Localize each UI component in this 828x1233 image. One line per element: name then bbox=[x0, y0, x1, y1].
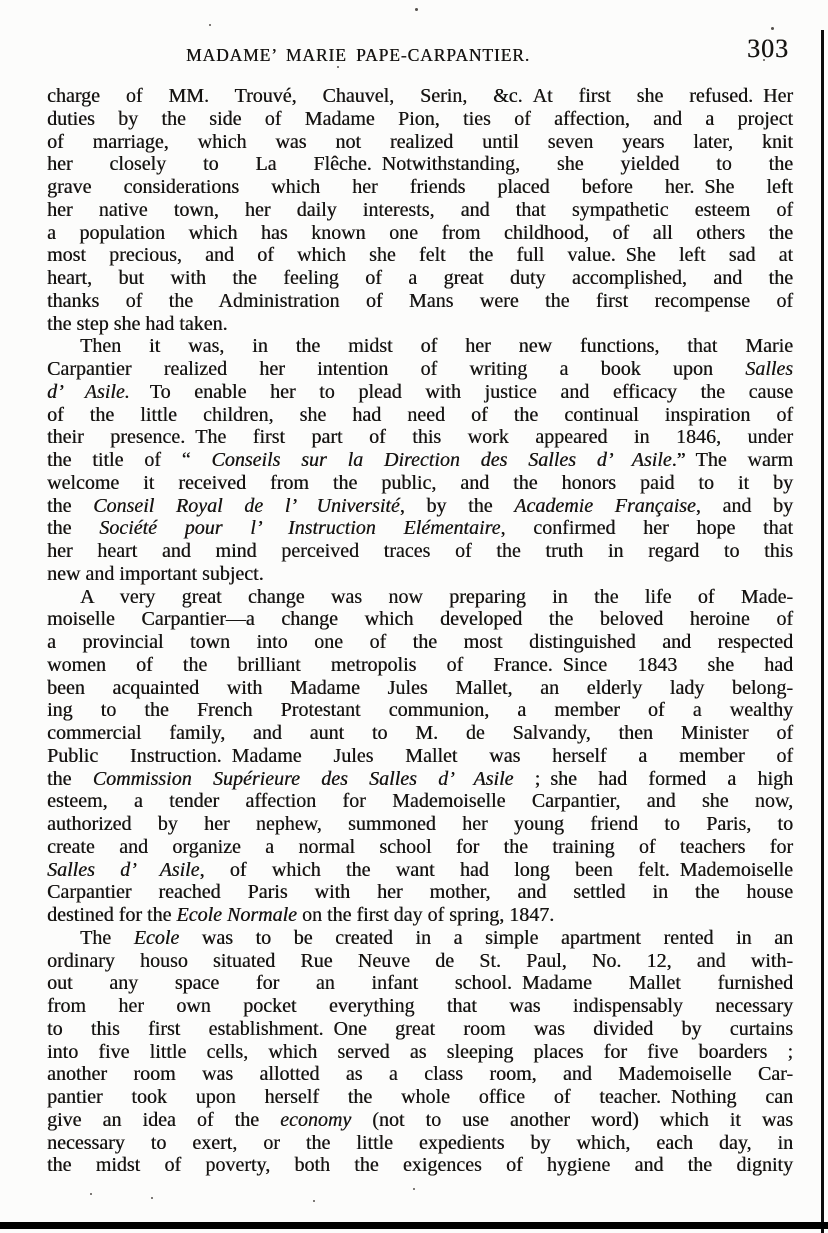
book-page: MADAME’ MARIE PAPE-CARPANTIER. 303 charg… bbox=[0, 0, 828, 1233]
scan-speck bbox=[151, 1197, 153, 1199]
text-line: the title of “ Conseils sur la Direction… bbox=[47, 449, 793, 472]
text-line: her heart and mind perceived traces of t… bbox=[47, 540, 793, 563]
text-line: esteem, a tender affection for Mademoise… bbox=[47, 790, 793, 813]
text-line: the midst of poverty, both the exigences… bbox=[47, 1154, 793, 1177]
text-line: into five little cells, which served as … bbox=[47, 1041, 793, 1064]
text-line: most precious, and of which she felt the… bbox=[47, 244, 793, 267]
text-line: heart, but with the feeling of a great d… bbox=[47, 267, 793, 290]
text-line: necessary to exert, or the little expedi… bbox=[47, 1132, 793, 1155]
page-text: charge of MM. Trouvé, Chauvel, Serin, &c… bbox=[47, 85, 793, 1177]
text-line: ing to the French Protestant communion, … bbox=[47, 699, 793, 722]
text-line: the Commission Supérieure des Salles d’ … bbox=[47, 768, 793, 791]
scan-speck bbox=[763, 59, 765, 61]
scan-speck bbox=[771, 27, 774, 30]
text-line: destined for the Ecole Normale on the fi… bbox=[47, 904, 793, 927]
text-line: of marriage, which was not realized unti… bbox=[47, 131, 793, 154]
text-line: commercial family, and aunt to M. de Sal… bbox=[47, 722, 793, 745]
text-line: another room was allotted as a class roo… bbox=[47, 1063, 793, 1086]
text-line: moiselle Carpantier—a change which devel… bbox=[47, 608, 793, 631]
text-line: Salles d’ Asile, of which the want had l… bbox=[47, 859, 793, 882]
text-line: d’ Asile. To enable her to plead with ju… bbox=[47, 381, 793, 404]
text-line: Then it was, in the midst of her new fun… bbox=[47, 335, 793, 358]
page-number: 303 bbox=[747, 34, 789, 64]
text-line: ordinary houso situated Rue Neuve de St.… bbox=[47, 950, 793, 973]
text-line: grave considerations which her friends p… bbox=[47, 176, 793, 199]
scan-speck bbox=[209, 24, 211, 26]
text-line: a population which has known one from ch… bbox=[47, 222, 793, 245]
italic-text: Commission Supérieure des Salles d’ Asil… bbox=[93, 768, 514, 790]
text-line: welcome it received from the public, and… bbox=[47, 472, 793, 495]
text-line: A very great change was now preparing in… bbox=[47, 586, 793, 609]
text-line: their presence. The first part of this w… bbox=[47, 426, 793, 449]
text-line: her native town, her daily interests, an… bbox=[47, 199, 793, 222]
text-line: authorized by her nephew, summoned her y… bbox=[47, 813, 793, 836]
scan-bottom-bar bbox=[0, 1222, 828, 1229]
scan-speck bbox=[337, 66, 339, 68]
text-line: been acquainted with Madame Jules Mallet… bbox=[47, 677, 793, 700]
italic-text: Conseils sur la Direction des Salles d’ … bbox=[211, 449, 671, 471]
italic-text: economy bbox=[280, 1109, 351, 1131]
text-line: Carpantier reached Paris with her mother… bbox=[47, 881, 793, 904]
italic-text: Salles bbox=[745, 358, 793, 380]
text-line: to this first establishment. One great r… bbox=[47, 1018, 793, 1041]
text-line: new and important subject. bbox=[47, 563, 793, 586]
page-edge-line bbox=[821, 30, 824, 1233]
text-line: charge of MM. Trouvé, Chauvel, Serin, &c… bbox=[47, 85, 793, 108]
text-line: from her own pocket everything that was … bbox=[47, 995, 793, 1018]
scan-speck bbox=[90, 1193, 92, 1195]
text-line: women of the brilliant metropolis of Fra… bbox=[47, 654, 793, 677]
text-line: create and organize a normal school for … bbox=[47, 836, 793, 859]
italic-text: Conseil Royal de l’ Université bbox=[93, 495, 400, 517]
italic-text: Société pour l’ Instruction Elémentaire bbox=[99, 517, 500, 539]
italic-text: Ecole bbox=[134, 927, 180, 949]
text-line: give an idea of the economy (not to use … bbox=[47, 1109, 793, 1132]
text-line: the Société pour l’ Instruction Elémenta… bbox=[47, 517, 793, 540]
italic-text: Salles d’ Asile bbox=[47, 859, 199, 881]
scan-speck bbox=[313, 1200, 315, 1202]
scan-speck bbox=[415, 8, 418, 11]
italic-text: Ecole Normale bbox=[176, 904, 297, 926]
italic-text: d’ Asile. bbox=[47, 381, 130, 403]
running-head-title: MADAME’ MARIE PAPE-CARPANTIER. bbox=[186, 45, 530, 66]
text-line: the step she had taken. bbox=[47, 313, 793, 336]
text-line: out any space for an infant school. Mada… bbox=[47, 972, 793, 995]
text-line: a provincial town into one of the most d… bbox=[47, 631, 793, 654]
scan-speck bbox=[413, 1188, 415, 1190]
text-line: pantier took upon herself the whole offi… bbox=[47, 1086, 793, 1109]
text-line: thanks of the Administration of Mans wer… bbox=[47, 290, 793, 313]
text-line: of the little children, she had need of … bbox=[47, 404, 793, 427]
text-line: Carpantier realized her intention of wri… bbox=[47, 358, 793, 381]
text-line: duties by the side of Madame Pion, ties … bbox=[47, 108, 793, 131]
text-line: The Ecole was to be created in a simple … bbox=[47, 927, 793, 950]
text-line: Public Instruction. Madame Jules Mallet … bbox=[47, 745, 793, 768]
text-line: her closely to La Flêche. Notwithstandin… bbox=[47, 153, 793, 176]
italic-text: Academie Française bbox=[514, 495, 696, 517]
text-line: the Conseil Royal de l’ Université, by t… bbox=[47, 495, 793, 518]
